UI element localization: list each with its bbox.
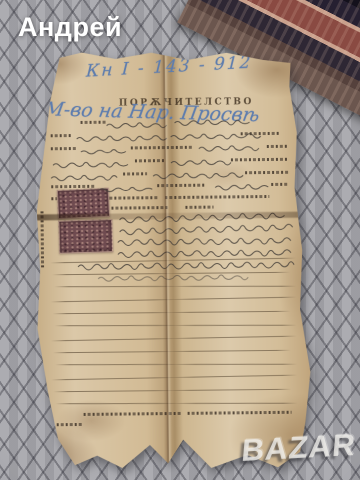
ruled-line [50,297,296,303]
ruled-lines [32,49,314,472]
ruled-line [54,286,296,287]
ruled-line [52,272,290,275]
ruled-line [55,364,297,365]
ruled-line [53,389,291,392]
ruled-line [53,311,291,314]
ruled-line [50,258,296,264]
bazar-watermark-logo: BAZAR [240,427,357,469]
ruled-line [53,350,291,353]
ruled-line [51,336,297,342]
ruled-line [56,403,298,404]
document-paper: Кн I - 143 - 912 ПОРѪЧИТЕЛСТВО М-во на Н… [32,49,314,472]
seller-name-label: Андрей [18,12,122,43]
ruled-line [55,325,297,326]
old-document: Кн I - 143 - 912 ПОРѪЧИТЕЛСТВО М-во на Н… [32,49,314,472]
ruled-line [51,375,297,381]
listing-photo[interactable]: Кн I - 143 - 912 ПОРѪЧИТЕЛСТВО М-во на Н… [0,0,360,480]
